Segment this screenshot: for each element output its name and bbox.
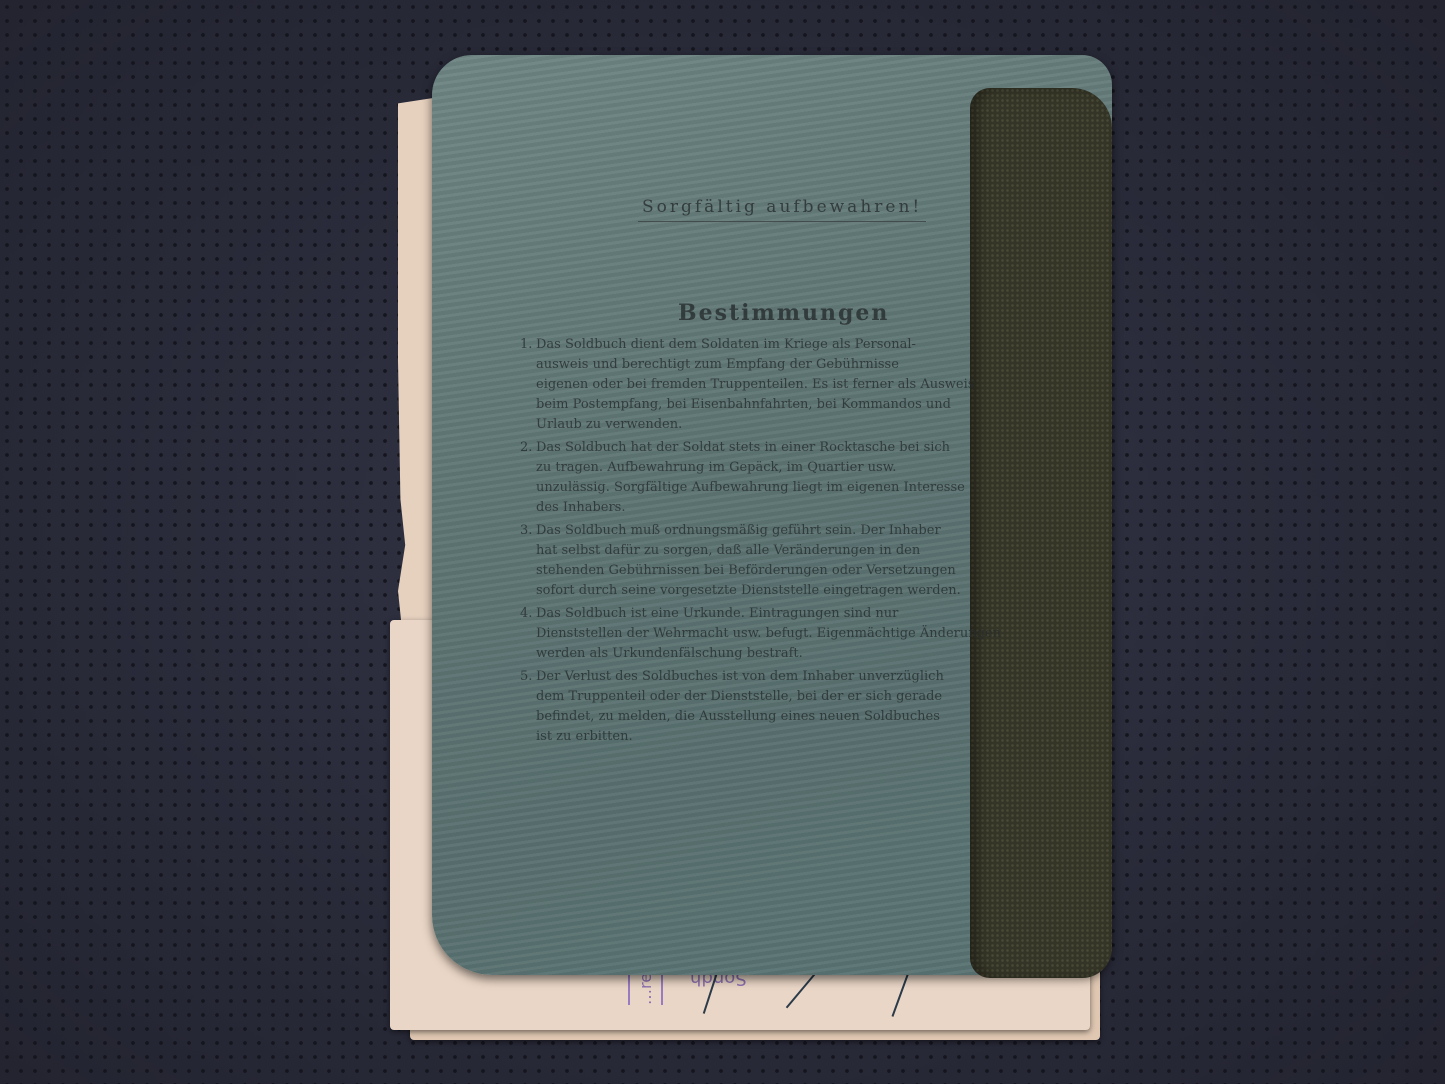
regulation-item: 2. Das Soldbuch hat der Soldat stets in … — [520, 438, 1020, 518]
regulation-item: 5. Der Verlust des Soldbuches ist von de… — [520, 667, 1020, 747]
regulation-item: 1. Das Soldbuch dient dem Soldaten im Kr… — [520, 335, 1020, 435]
regulation-item: 4. Das Soldbuch ist eine Urkunde. Eintra… — [520, 604, 1020, 664]
cover-heading: Bestimmungen — [678, 300, 889, 326]
regulation-item: 3. Das Soldbuch muß ordnungsmäßig geführ… — [520, 521, 1020, 601]
regulations-list: 1. Das Soldbuch dient dem Soldaten im Kr… — [520, 335, 1020, 750]
cover-top-line: Sorgfältig aufbewahren! — [638, 197, 926, 222]
